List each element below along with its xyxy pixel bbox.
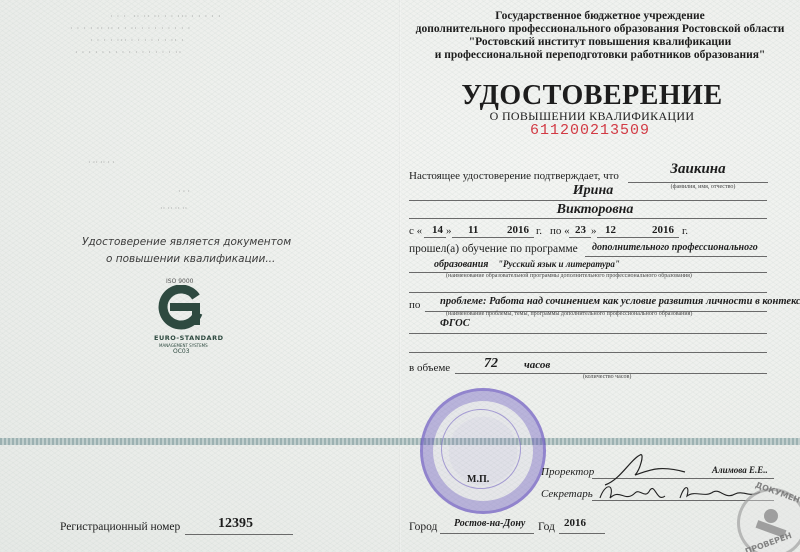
from-day-underline (424, 237, 446, 238)
program-underline1 (585, 256, 767, 257)
to-day-underline (569, 237, 591, 238)
prorector-label: Проректор (541, 466, 594, 478)
to-year-suffix: г. (682, 225, 688, 237)
topic-line2: ФГОС (440, 318, 470, 329)
from-day: 14 (432, 224, 443, 236)
logo-code: OC03 (173, 348, 190, 355)
from-prefix: с « (409, 225, 422, 237)
program-line1: дополнительного профессионального (592, 242, 758, 253)
faded-text: · · · (178, 187, 190, 196)
from-year-suffix: г. (536, 225, 542, 237)
name-caption: (фамилия, имя, отчество) (671, 184, 736, 190)
city-underline (440, 533, 534, 534)
surname: Заикина (670, 161, 725, 178)
to-year: 2016 (652, 224, 674, 236)
city: Ростов-на-Дону (454, 518, 525, 529)
faded-header-text: · · · · ··· · · · · · · ·· · (90, 36, 185, 45)
iso-label: ISO 9000 (166, 278, 193, 285)
to-day: 23 (575, 224, 586, 236)
program-underline3 (409, 292, 767, 293)
from-year: 2016 (507, 224, 529, 236)
year-underline (559, 533, 605, 534)
volume-unit: часов (524, 359, 550, 371)
faded-text: · ·· ·· · · (88, 158, 115, 167)
from-month-year-underline (452, 237, 534, 238)
document-verified-badge-icon: ДОКУМЕНТ ПРОВЕРЕН (737, 488, 800, 552)
left-note-line2: о повышении квалификации... (106, 253, 275, 265)
faded-header-text: · · · ·· ·· ·· · · ··· · · · · · (110, 12, 222, 21)
logo-brand: EURO-STANDARD (154, 334, 223, 342)
from-quote-close: » (446, 225, 452, 237)
serial-number: 611200213509 (530, 122, 650, 139)
topic-underline2 (409, 333, 767, 334)
patronymic: Викторовна (557, 202, 634, 218)
institution-line3: "Ростовский институт повышения квалифика… (469, 36, 731, 49)
registration-label: Регистрационный номер (60, 521, 180, 533)
year-label: Год (538, 521, 555, 533)
badge-person-head (764, 509, 778, 523)
first-name: Ирина (573, 183, 613, 199)
topic-label: по (409, 299, 420, 311)
registration-number: 12395 (218, 516, 253, 532)
to-quote-close: » (591, 225, 597, 237)
decorative-band (0, 438, 800, 445)
year: 2016 (564, 517, 586, 529)
volume-caption: (количество часов) (583, 374, 631, 380)
secretary-label: Секретарь (541, 488, 593, 500)
volume-label: в объеме (409, 362, 450, 374)
institution-line1: Государственное бюджетное учреждение (495, 10, 704, 23)
badge-text-top: ДОКУМЕНТ (754, 480, 800, 506)
left-note-line1: Удостоверение является документом (82, 236, 291, 248)
stamp-label: М.П. (467, 474, 489, 485)
to-prefix: по « (550, 225, 570, 237)
program-line2-a: образования (434, 259, 488, 270)
document-title: УДОСТОВЕРЕНИЕ (461, 80, 722, 112)
volume-hours: 72 (484, 356, 498, 372)
institution-line4: и профессиональной переподготовки работн… (435, 49, 766, 62)
topic-caption: (наименование проблемы, темы, программы … (446, 311, 692, 317)
topic-line1: проблеме: Работа над сочинением как усло… (440, 296, 800, 307)
confirms-label: Настоящее удостоверение подтверждает, чт… (409, 170, 619, 182)
program-label: прошел(а) обучение по программе (409, 243, 578, 255)
to-month-year-underline (597, 237, 679, 238)
first-name-underline (409, 200, 767, 201)
secretary-signature-icon (595, 478, 765, 508)
prorector-name: Алимова Е.Е.. (712, 465, 768, 475)
program-caption: (наименование образовательной программы … (446, 273, 692, 279)
faded-header-text: · · · · ·· ·· · · ·· · · · · · · · · (70, 24, 191, 33)
faded-header-text: · · · · · · · · · · · · · · · ·· (75, 48, 182, 57)
institution-line2: дополнительного профессионального образо… (416, 23, 785, 36)
topic-underline3 (409, 352, 767, 353)
surname-underline (628, 182, 768, 183)
from-month: 11 (468, 224, 478, 236)
program-line2-b: "Русский язык и литература" (498, 259, 620, 269)
page-fold (399, 0, 401, 552)
euro-standard-logo-icon (158, 285, 204, 331)
patronymic-underline (409, 218, 767, 219)
registration-underline (185, 534, 293, 535)
badge-text-bottom: ПРОВЕРЕН (744, 531, 793, 552)
to-month: 12 (605, 224, 616, 236)
official-seal-stamp (420, 388, 546, 514)
certificate-document: · · · ·· ·· ·· · · ··· · · · · · · · · ·… (0, 0, 800, 552)
faded-text: ·· ·· ·· ·· (160, 204, 187, 213)
city-label: Город (409, 521, 437, 533)
